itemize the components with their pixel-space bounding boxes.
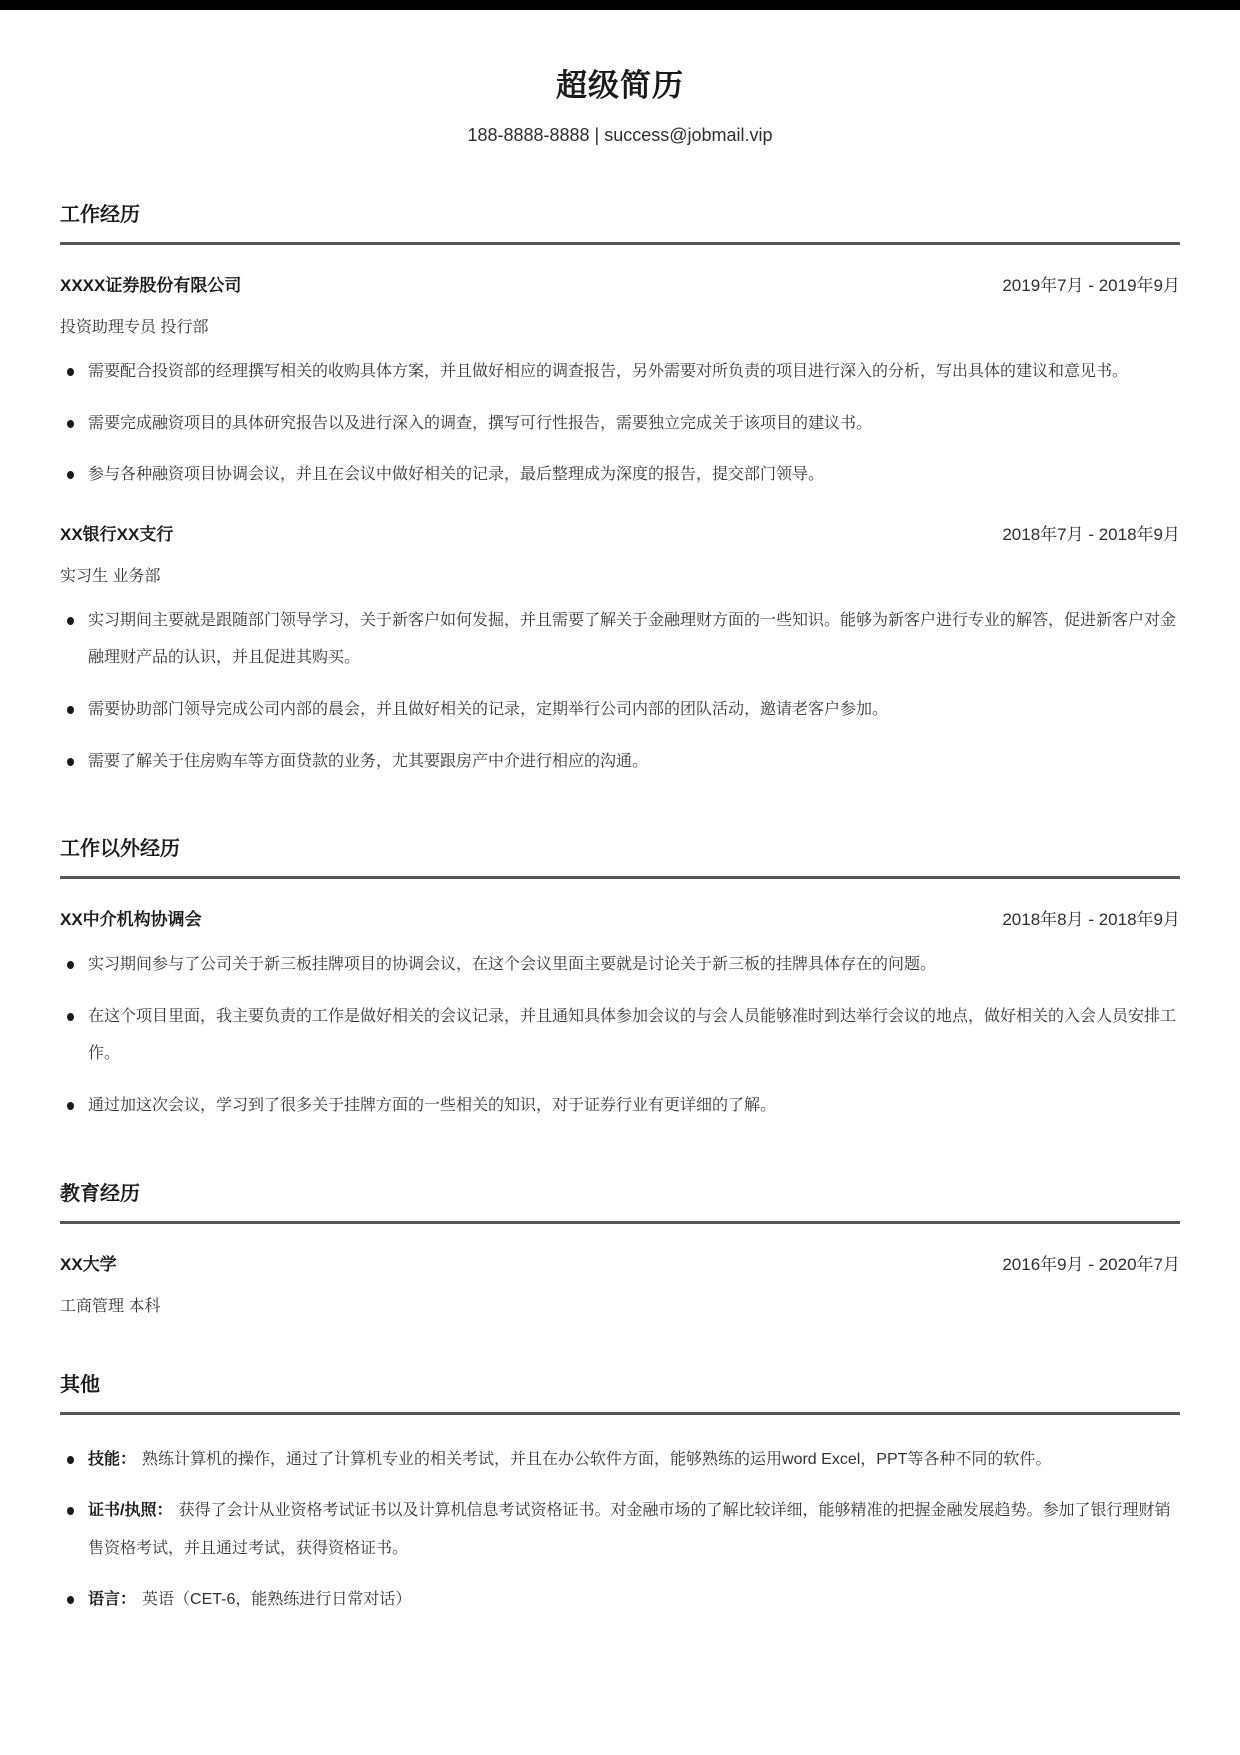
date-range: 2019年7月 - 2019年9月: [1002, 271, 1180, 296]
bullet-item-certificates: 证书/执照：获得了会计从业资格考试证书以及计算机信息考试资格证书。对金融市场的了…: [60, 1492, 1180, 1567]
bullet-item-languages: 语言：英语（CET-6，能熟练进行日常对话）: [60, 1581, 1180, 1619]
bullet-item: 实习期间参与了公司关于新三板挂牌项目的协调会议，在这个会议里面主要就是讨论关于新…: [60, 946, 1180, 984]
section-heading-extracurricular: 工作以外经历: [60, 832, 1180, 879]
section-work-experience: 工作经历 XXXX证券股份有限公司 2019年7月 - 2019年9月 投资助理…: [60, 198, 1180, 780]
entry-header: XX中介机构协调会 2018年8月 - 2018年9月: [60, 905, 1180, 930]
organization-name: XX中介机构协调会: [60, 905, 202, 930]
date-range: 2016年9月 - 2020年7月: [1002, 1250, 1180, 1275]
date-range: 2018年7月 - 2018年9月: [1002, 520, 1180, 545]
bullet-item: 通过加这次会议，学习到了很多关于挂牌方面的一些相关的知识，对于证券行业有更详细的…: [60, 1087, 1180, 1125]
bullet-label: 证书/执照：: [88, 1502, 172, 1519]
bullet-item: 实习期间主要就是跟随部门领导学习，关于新客户如何发掘，并且需要了解关于金融理财方…: [60, 602, 1180, 677]
bullet-item: 需要配合投资部的经理撰写相关的收购具体方案，并且做好相应的调查报告，另外需要对所…: [60, 353, 1180, 391]
entry-header: XX银行XX支行 2018年7月 - 2018年9月: [60, 520, 1180, 545]
contact-info: 188-8888-8888 | success@jobmail.vip: [60, 125, 1180, 146]
bullet-label: 语言：: [88, 1591, 136, 1608]
date-range: 2018年8月 - 2018年9月: [1002, 905, 1180, 930]
school-name: XX大学: [60, 1250, 117, 1275]
company-name: XXXX证券股份有限公司: [60, 271, 241, 296]
bullet-list: 实习期间主要就是跟随部门领导学习，关于新客户如何发掘，并且需要了解关于金融理财方…: [60, 602, 1180, 780]
section-education: 教育经历 XX大学 2016年9月 - 2020年7月 工商管理 本科: [60, 1177, 1180, 1316]
section-other: 其他 技能：熟练计算机的操作，通过了计算机专业的相关考试，并且在办公软件方面，能…: [60, 1368, 1180, 1619]
degree-major: 工商管理 本科: [60, 1293, 1180, 1316]
extracurricular-entry-1: XX中介机构协调会 2018年8月 - 2018年9月 实习期间参与了公司关于新…: [60, 905, 1180, 1124]
bullet-item: 需要了解关于住房购车等方面贷款的业务，尤其要跟房产中介进行相应的沟通。: [60, 743, 1180, 781]
section-heading-other: 其他: [60, 1368, 1180, 1415]
bullet-item: 参与各种融资项目协调会议，并且在会议中做好相关的记录，最后整理成为深度的报告，提…: [60, 456, 1180, 494]
section-heading-work: 工作经历: [60, 198, 1180, 245]
bullet-label: 技能：: [88, 1451, 136, 1468]
bullet-list: 技能：熟练计算机的操作，通过了计算机专业的相关考试，并且在办公软件方面，能够熟练…: [60, 1441, 1180, 1619]
bullet-item-skills: 技能：熟练计算机的操作，通过了计算机专业的相关考试，并且在办公软件方面，能够熟练…: [60, 1441, 1180, 1479]
section-extracurricular: 工作以外经历 XX中介机构协调会 2018年8月 - 2018年9月 实习期间参…: [60, 832, 1180, 1124]
bullet-item: 需要协助部门领导完成公司内部的晨会，并且做好相关的记录，定期举行公司内部的团队活…: [60, 691, 1180, 729]
resume-page: 超级简历 188-8888-8888 | success@jobmail.vip…: [0, 60, 1240, 1619]
bullet-text: 熟练计算机的操作，通过了计算机专业的相关考试，并且在办公软件方面，能够熟练的运用…: [142, 1451, 1051, 1468]
bullet-list: 实习期间参与了公司关于新三板挂牌项目的协调会议，在这个会议里面主要就是讨论关于新…: [60, 946, 1180, 1124]
company-name: XX银行XX支行: [60, 520, 173, 545]
bullet-text: 英语（CET-6，能熟练进行日常对话）: [142, 1591, 411, 1608]
bullet-item: 需要完成融资项目的具体研究报告以及进行深入的调查，撰写可行性报告，需要独立完成关…: [60, 405, 1180, 443]
other-entry: 技能：熟练计算机的操作，通过了计算机专业的相关考试，并且在办公软件方面，能够熟练…: [60, 1441, 1180, 1619]
bullet-item: 在这个项目里面，我主要负责的工作是做好相关的会议记录，并且通知具体参加会议的与会…: [60, 998, 1180, 1073]
education-entry-1: XX大学 2016年9月 - 2020年7月 工商管理 本科: [60, 1250, 1180, 1316]
entry-header: XX大学 2016年9月 - 2020年7月: [60, 1250, 1180, 1275]
section-heading-education: 教育经历: [60, 1177, 1180, 1224]
bullet-list: 需要配合投资部的经理撰写相关的收购具体方案，并且做好相应的调查报告，另外需要对所…: [60, 353, 1180, 494]
job-role: 投资助理专员 投行部: [60, 314, 1180, 337]
work-entry-1: XXXX证券股份有限公司 2019年7月 - 2019年9月 投资助理专员 投行…: [60, 271, 1180, 494]
entry-header: XXXX证券股份有限公司 2019年7月 - 2019年9月: [60, 271, 1180, 296]
bullet-text: 获得了会计从业资格考试证书以及计算机信息考试资格证书。对金融市场的了解比较详细，…: [88, 1502, 1170, 1557]
work-entry-2: XX银行XX支行 2018年7月 - 2018年9月 实习生 业务部 实习期间主…: [60, 520, 1180, 780]
page-title: 超级简历: [60, 60, 1180, 105]
top-accent-bar: [0, 0, 1240, 10]
job-role: 实习生 业务部: [60, 563, 1180, 586]
